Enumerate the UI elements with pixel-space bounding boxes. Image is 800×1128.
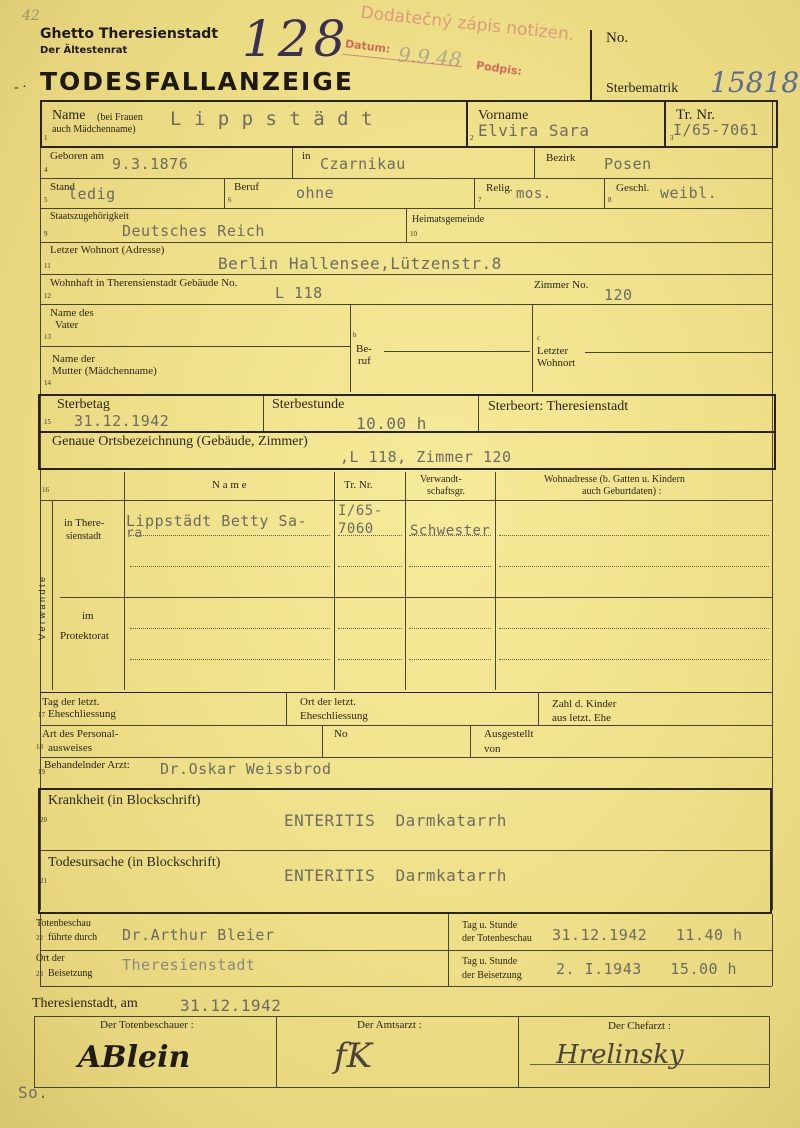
sterbetag-label: Sterbetag bbox=[57, 397, 110, 412]
organization-name: Ghetto Theresienstadt bbox=[40, 26, 218, 42]
beisetzung-ort-value: Theresienstadt bbox=[122, 956, 255, 974]
eltern-beruf-label: Be- bbox=[356, 343, 372, 355]
krankheit-label: Krankheit (in Blockschrift) bbox=[48, 793, 200, 808]
sterbematrik-label: Sterbematrik bbox=[606, 81, 678, 97]
handwritten-number: 128 bbox=[242, 10, 349, 68]
no-label: No. bbox=[606, 30, 628, 47]
surname-value: L i p p s t ä d t bbox=[170, 108, 373, 130]
totenbeschau-value: Dr.Arthur Bleier bbox=[122, 926, 275, 944]
stand-value: ledig bbox=[68, 185, 116, 203]
name-box bbox=[40, 100, 778, 148]
stamp-datum-value: 9.9.48 bbox=[397, 42, 462, 71]
beisetzung-zeit-label: Tag u. Stunde bbox=[462, 956, 517, 968]
name-sublabel: (bei Frauen bbox=[97, 112, 143, 124]
header-divider bbox=[590, 30, 592, 100]
sterbestunde-value: 10.00 h bbox=[356, 414, 427, 433]
council-name: Der Ältestenrat bbox=[40, 45, 127, 56]
verwandte-side-label: V e r w a n d t e bbox=[36, 577, 48, 640]
punch-hole-mark: - · bbox=[14, 80, 27, 96]
stamp-datum-label: Datum: bbox=[344, 37, 391, 55]
kinder-label: Zahl d. Kinder bbox=[552, 698, 616, 710]
zimmer-value: 120 bbox=[604, 286, 633, 304]
bezirk-value: Posen bbox=[604, 155, 652, 173]
heimat-label: Heimatsgemeinde bbox=[412, 214, 484, 226]
arzt-label: Behandelnder Arzt: bbox=[44, 759, 130, 771]
margin-note: 42 bbox=[22, 8, 40, 24]
place-date-value: 31.12.1942 bbox=[180, 996, 281, 1015]
beisetzung-ort-label: Ort der bbox=[36, 953, 65, 965]
beisetzung-zeit-value: 2. I.1943 15.00 h bbox=[556, 960, 737, 978]
name-sublabel-b: auch Mädchenname) bbox=[52, 124, 136, 136]
ehe-tag-label: Tag der letzt. bbox=[42, 696, 100, 708]
beruf-value: ohne bbox=[296, 184, 334, 202]
ausweis-no-label: No bbox=[334, 728, 347, 740]
eltern-wohnort-label: Letzter bbox=[537, 345, 568, 357]
totenbeschauer-signature: ABlein bbox=[78, 1040, 190, 1075]
death-certificate-page: 42 Ghetto Theresienstadt Der Ältestenrat… bbox=[0, 0, 800, 1128]
name-label: Name bbox=[52, 108, 85, 123]
staats-label: Staatszugehörigkeit bbox=[50, 211, 129, 223]
typist-initials: So. bbox=[18, 1083, 48, 1102]
geboren-value: 9.3.1876 bbox=[112, 155, 188, 173]
arzt-value: Dr.Oskar Weissbrod bbox=[160, 760, 332, 778]
geburtsort-value: Czarnikau bbox=[320, 155, 406, 173]
gebaeude-label: Wohnhaft in Therensienstadt Gebäude No. bbox=[50, 277, 237, 289]
mutter-label: Name der bbox=[52, 353, 95, 365]
col-name-header: N a m e bbox=[212, 479, 247, 491]
chefarzt-signature: Hrelinsky bbox=[556, 1040, 684, 1070]
group-theresienstadt-label: in There- bbox=[64, 517, 104, 529]
geschl-value: weibl. bbox=[660, 184, 717, 202]
relative-trnr: I/65- bbox=[338, 503, 383, 519]
todesursache-label: Todesursache (in Blockschrift) bbox=[48, 855, 220, 870]
stamp-text: Dodatečný zápis notizen. bbox=[360, 3, 576, 45]
zimmer-label: Zimmer No. bbox=[534, 279, 588, 291]
col-verwandt-header: Verwandt- bbox=[420, 474, 462, 486]
totenbeschau-label: Totenbeschau bbox=[36, 918, 91, 930]
geboren-label: Geboren am bbox=[50, 150, 104, 162]
ehe-ort-label: Ort der letzt. bbox=[300, 696, 356, 708]
stamp-podpis-label: Podpis: bbox=[475, 59, 522, 78]
document-title: TODESFALLANZEIGE bbox=[40, 67, 354, 96]
totenbeschauer-label: Der Totenbeschauer : bbox=[100, 1019, 194, 1031]
relative-name: Lippstädt Betty Sa- bbox=[126, 512, 307, 530]
krankheit-value: ENTERITIS Darmkatarrh bbox=[284, 811, 507, 830]
frame-right bbox=[772, 100, 773, 910]
wohnort-label: Letzer Wohnort (Adresse) bbox=[50, 244, 164, 256]
sterbestunde-label: Sterbestunde bbox=[272, 397, 344, 412]
staats-value: Deutsches Reich bbox=[122, 222, 265, 240]
ausweis-art-label: Art des Personal- bbox=[42, 728, 118, 740]
bezirk-label: Bezirk bbox=[546, 152, 575, 164]
ortsbezeichnung-label: Genaue Ortsbezeichnung (Gebäude, Zimmer) bbox=[52, 434, 308, 449]
group-protektorat-label: im bbox=[82, 610, 94, 622]
geschl-label: Geschl. bbox=[616, 182, 649, 194]
relative-relation: Schwester bbox=[410, 523, 490, 539]
sterbeort-label: Sterbeort: Theresienstadt bbox=[488, 399, 628, 414]
place-date-label: Theresienstadt, am bbox=[32, 996, 138, 1011]
col-wohnadresse-header: Wohnadresse (b. Gatten u. Kindern bbox=[544, 474, 685, 486]
ausgestellt-label: Ausgestellt bbox=[484, 728, 534, 740]
sterbetag-value: 31.12.1942 bbox=[74, 412, 169, 430]
wohnort-value: Berlin Hallensee,Lützenstr.8 bbox=[218, 254, 502, 273]
gebaeude-value: L 118 bbox=[275, 284, 323, 302]
beruf-label: Beruf bbox=[234, 181, 259, 193]
vorname-value: Elvira Sara bbox=[478, 121, 589, 140]
trnr-value: I/65-7061 bbox=[673, 121, 759, 139]
vater-label: Name des bbox=[50, 307, 94, 319]
in-label: in bbox=[302, 150, 311, 162]
totenbeschau-zeit-label: Tag u. Stunde bbox=[462, 920, 517, 932]
amtsarzt-signature: fK bbox=[334, 1036, 372, 1076]
relig-label: Relig. bbox=[486, 182, 513, 194]
ortsbezeichnung-value: ,L 118, Zimmer 120 bbox=[340, 448, 512, 466]
todesursache-value: ENTERITIS Darmkatarrh bbox=[284, 866, 507, 885]
totenbeschau-zeit-value: 31.12.1942 11.40 h bbox=[552, 926, 743, 944]
sterbematrik-value: 15818 bbox=[710, 66, 799, 99]
relig-value: mos. bbox=[516, 186, 552, 202]
col-trnr-header: Tr. Nr. bbox=[344, 479, 373, 491]
chefarzt-underline bbox=[530, 1064, 770, 1065]
amtsarzt-label: Der Amtsarzt : bbox=[357, 1019, 422, 1031]
chefarzt-label: Der Chefarzt : bbox=[608, 1020, 671, 1032]
